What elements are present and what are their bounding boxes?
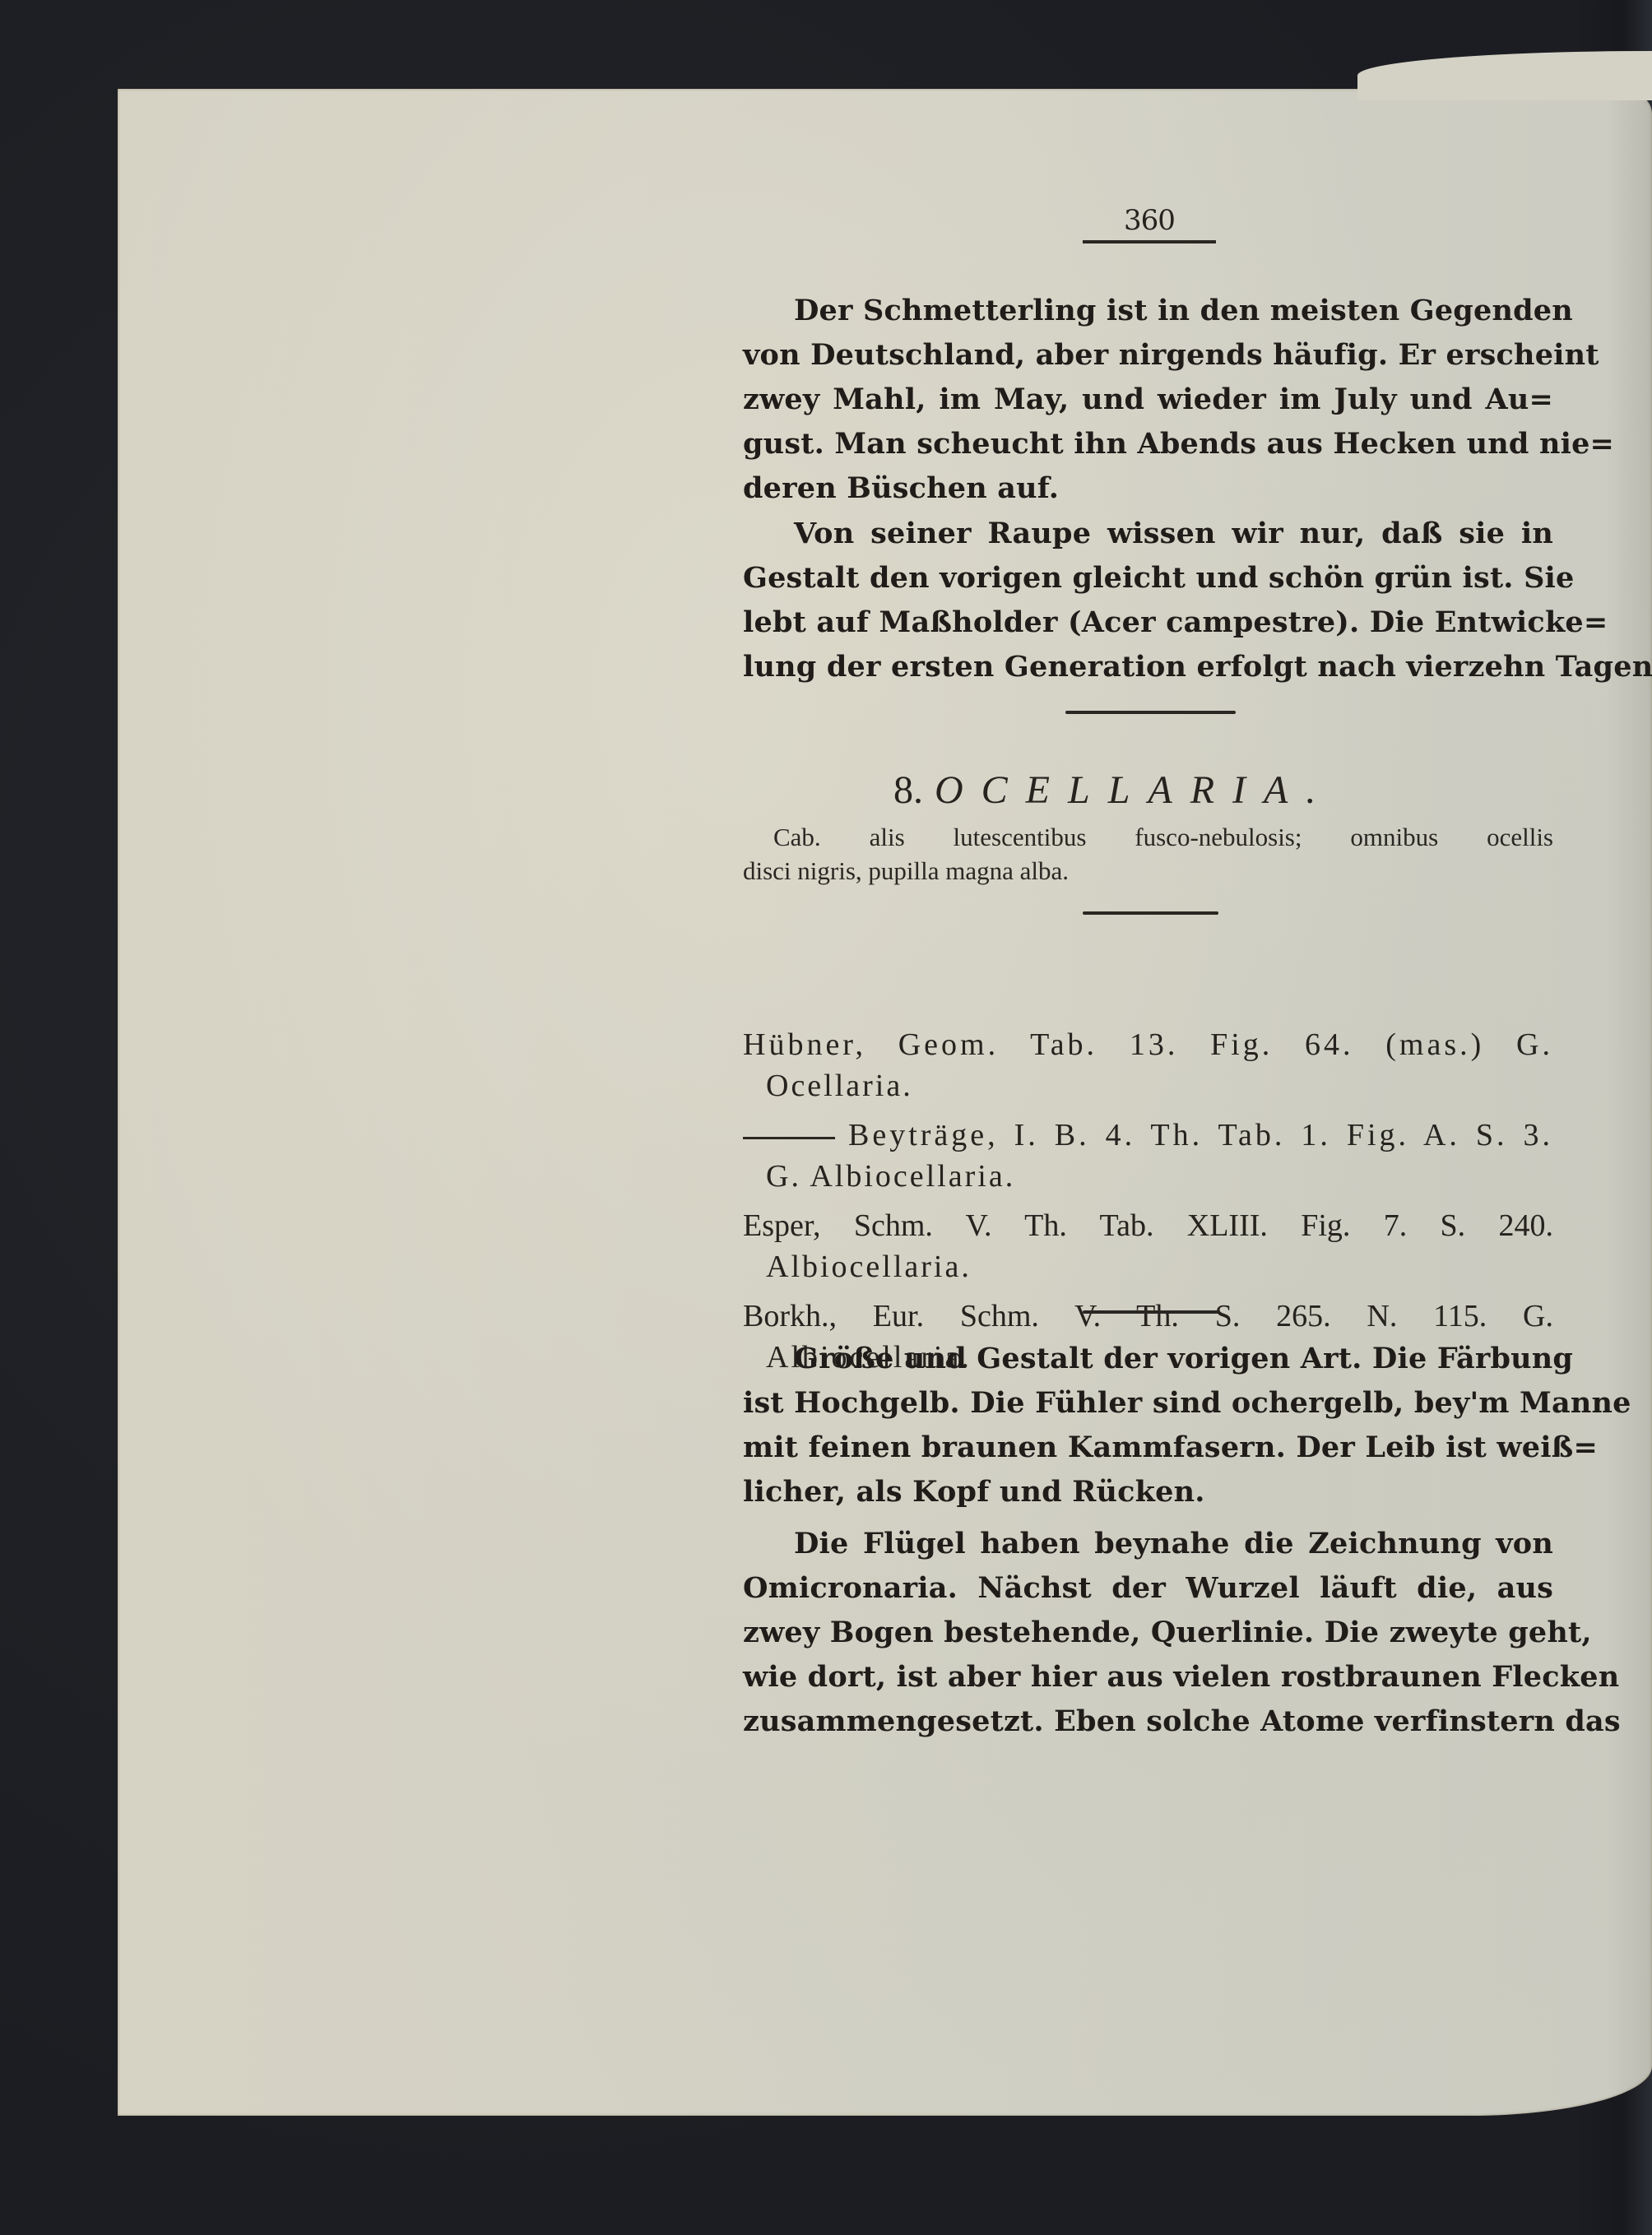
text-line: lebt auf Maßholder (Acer campestre). Die… [743,600,1553,645]
text-line: zwey Bogen bestehende, Querlinie. Die zw… [743,1611,1553,1655]
reference-line: Borkh., Eur. Schm. V. Th. S. 265. N. 115… [743,1296,1553,1337]
text-line: Der Schmetterling ist in den meisten Geg… [743,289,1553,333]
text-line: gust. Man scheucht ihn Abends aus Hecken… [743,422,1553,466]
text-line: Die Flügel haben beynahe die Zeichnung v… [743,1522,1553,1566]
paragraph-occurrence: Der Schmetterling ist in den meisten Geg… [743,289,1553,511]
reference-item: Esper, Schm. V. Th. Tab. XLIII. Fig. 7. … [743,1205,1553,1287]
text-line: mit feinen braunen Kammfasern. Der Leib … [743,1426,1553,1470]
reference-line: G. Albiocellaria. [743,1156,1553,1197]
text-line: wie dort, ist aber hier aus vielen rostb… [743,1655,1553,1699]
reference-line: Beyträge, I. B. 4. Th. Tab. 1. Fig. A. S… [743,1115,1553,1156]
text-line: Größe und Gestalt der vorigen Art. Die F… [743,1337,1553,1381]
text-line: zwey Mahl, im May, und wieder im July un… [743,378,1553,422]
text-line: Omicronaria. Nächst der Wurzel läuft die… [743,1566,1553,1611]
latin-diagnosis: Cab. alis lutescentibus fusco-nebulosis;… [743,820,1553,888]
paragraph-caterpillar: Von seiner Raupe wissen wir nur, daß sie… [743,512,1553,689]
reference-line: Ocellaria. [743,1065,1553,1106]
reference-item: Beyträge, I. B. 4. Th. Tab. 1. Fig. A. S… [743,1115,1553,1197]
reference-item: Hübner, Geom. Tab. 13. Fig. 64. (mas.) G… [743,1024,1553,1106]
species-heading: 8.OCELLARIA. [893,767,1334,814]
species-number: 8. [893,768,923,812]
diagnosis-line: Cab. alis lutescentibus fusco-nebulosis;… [743,820,1553,854]
paragraph-wings: Die Flügel haben beynahe die Zeichnung v… [743,1522,1553,1744]
text-line: von Deutschland, aber nirgends häufig. E… [743,333,1553,378]
text-line: zusammengesetzt. Eben solche Atome verfi… [743,1699,1553,1744]
references-divider [1083,1310,1218,1314]
text-line: lung der ersten Generation erfolgt nach … [743,645,1553,689]
page-number: 360 [1083,204,1216,237]
reference-text: Beyträge, I. B. 4. Th. Tab. 1. Fig. A. S… [848,1118,1553,1152]
header-rule [1083,240,1216,243]
text-line: licher, als Kopf und Rücken. [743,1470,1553,1514]
reference-line: Albiocellaria. [743,1246,1553,1287]
references-list: Hübner, Geom. Tab. 13. Fig. 64. (mas.) G… [743,1024,1553,1386]
species-name: OCELLARIA. [935,768,1334,812]
text-line: ist Hochgelb. Die Fühler sind ochergelb,… [743,1381,1553,1426]
section-divider [1065,711,1236,714]
text-line: Von seiner Raupe wissen wir nur, daß sie… [743,512,1553,556]
page-header: 360 [1083,204,1216,243]
diagnosis-line: disci nigris, pupilla magna alba. [743,854,1553,888]
text-line: deren Büschen auf. [743,466,1553,511]
ditto-dash [743,1137,835,1139]
diagnosis-divider [1083,911,1218,915]
text-line: Gestalt den vorigen gleicht und schön gr… [743,556,1553,600]
reference-line: Hübner, Geom. Tab. 13. Fig. 64. (mas.) G… [743,1024,1553,1065]
reference-line: Esper, Schm. V. Th. Tab. XLIII. Fig. 7. … [743,1205,1553,1246]
paragraph-description: Größe und Gestalt der vorigen Art. Die F… [743,1337,1553,1514]
